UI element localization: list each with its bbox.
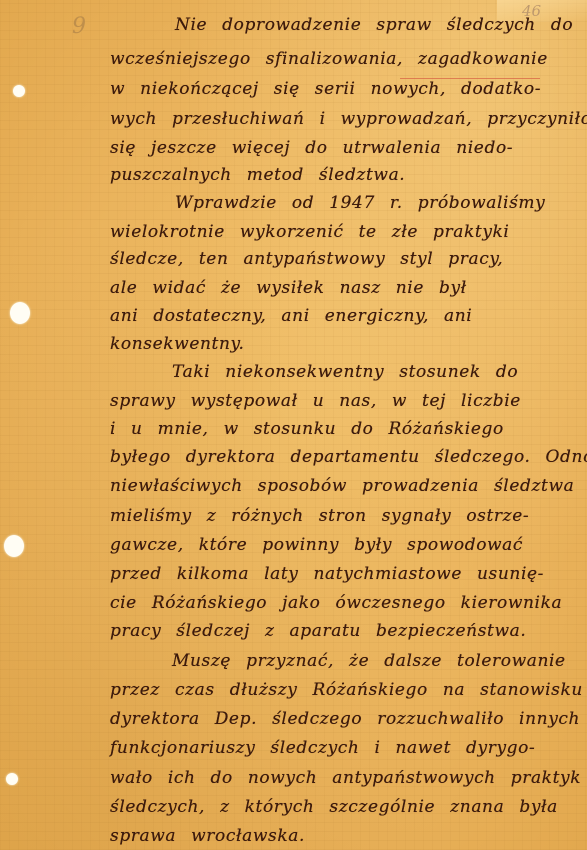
text-line: gawcze, które powinny były spowodować [110,535,523,555]
punch-hole-4 [6,773,18,785]
text-line: i u mnie, w stosunku do Różańskiego [110,419,504,439]
text-line: Wprawdzie od 1947 r. próbowaliśmy [175,193,545,213]
text-line: przed kilkoma laty natychmiastowe usunię… [110,564,544,584]
text-line: śledczych, z których szczególnie znana b… [110,797,558,817]
text-line: śledcze, ten antypaństwowy styl pracy, [110,249,503,269]
text-line: pracy śledczej z aparatu bezpieczeństwa. [110,621,526,641]
text-line: sprawy występował u nas, w tej liczbie [110,391,521,411]
text-line: wcześniejszego sfinalizowania, zagadkowa… [110,49,548,69]
text-line: cie Różańskiego jako ówczesnego kierowni… [110,593,562,613]
document-page: 9 46 Nie doprowadzenie spraw śledczych d… [0,0,587,850]
text-line: ani dostateczny, ani energiczny, ani [110,306,472,326]
punch-hole-3 [4,535,24,557]
page-number: 9 [72,14,86,39]
text-line: wych przesłuchiwań i wyprowadzań, przycz… [110,109,587,129]
text-line: byłego dyrektora departamentu śledczego.… [110,447,587,467]
text-line: niewłaściwych sposobów prowadzenia śledz… [110,476,574,496]
punch-hole-1 [13,85,25,97]
text-line: się jeszcze więcej do utrwalenia niedo- [110,138,513,158]
text-line: konsekwentny. [110,334,244,354]
text-line: w niekończącej się serii nowych, dodatko… [110,79,541,99]
text-line: Taki niekonsekwentny stosunek do [172,362,518,382]
text-line: puszczalnych metod śledztwa. [110,165,405,185]
text-line: funkcjonariuszy śledczych i nawet dyrygo… [110,738,535,758]
text-line: wielokrotnie wykorzenić te złe praktyki [110,222,509,242]
punch-hole-2 [10,302,30,324]
text-line: sprawa wrocławska. [110,826,305,846]
text-line: dyrektora Dep. śledczego rozzuchwaliło i… [110,709,580,729]
text-line: mieliśmy z różnych stron sygnały ostrze- [110,506,529,526]
text-line: ale widać że wysiłek nasz nie był [110,278,467,298]
text-line: przez czas dłuższy Różańskiego na stanow… [110,680,583,700]
text-line: wało ich do nowych antypaństwowych prakt… [110,768,581,788]
text-line: Muszę przyznać, że dalsze tolerowanie [172,651,566,671]
text-line: Nie doprowadzenie spraw śledczych do [175,15,573,35]
